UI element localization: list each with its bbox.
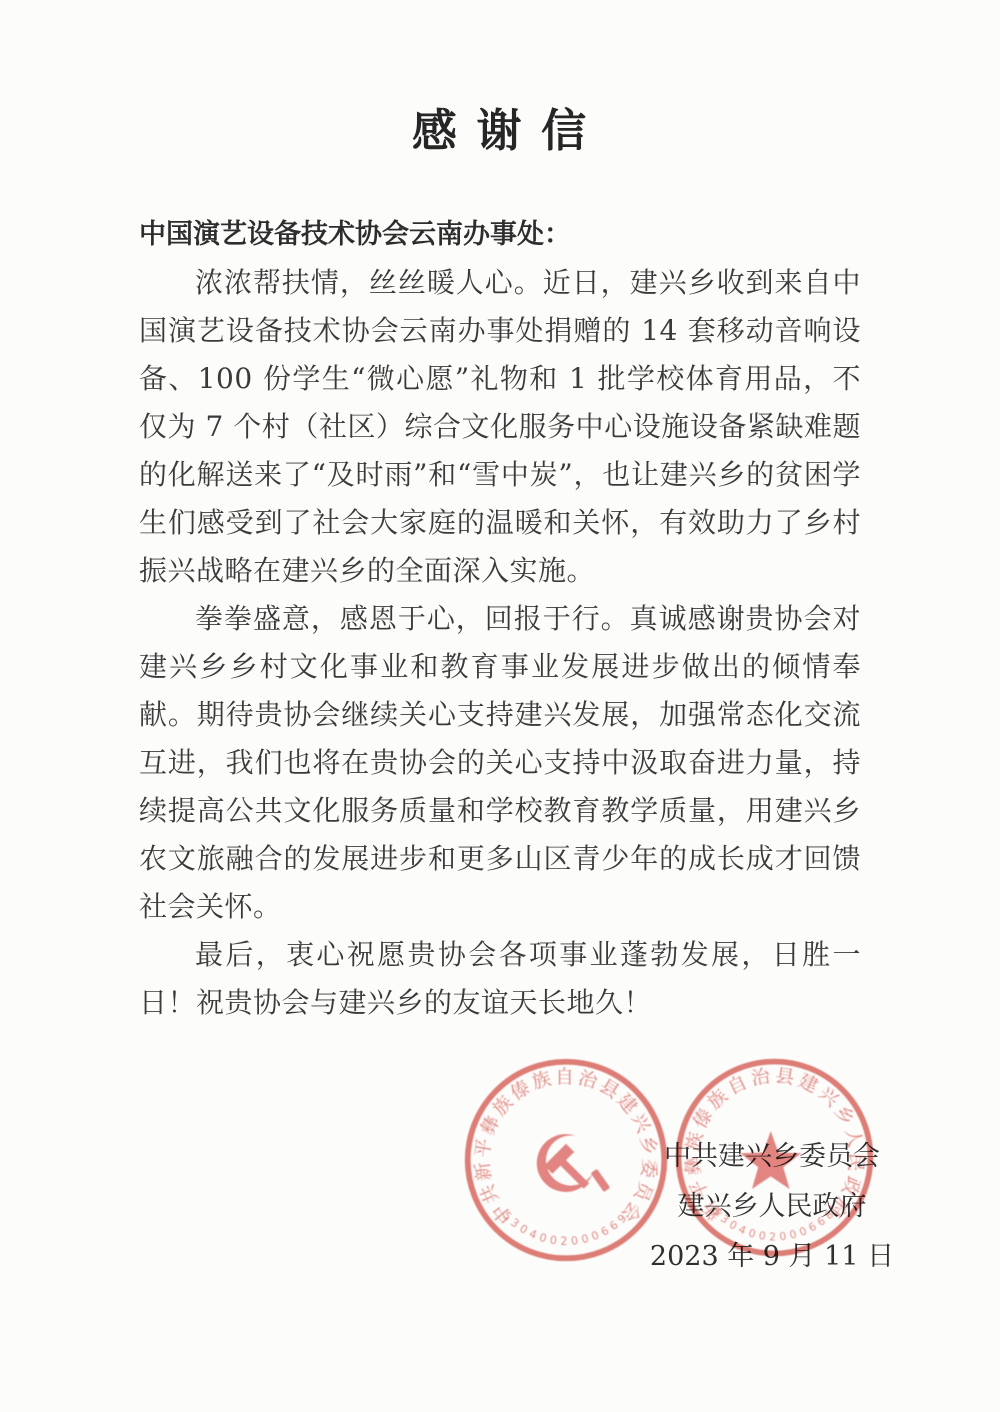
hammer-sickle-icon (537, 1134, 610, 1197)
letter-body: 中国演艺设备技术协会云南办事处： 浓浓帮扶情，丝丝暖人心。近日，建兴乡收到来自中… (139, 211, 861, 1027)
paragraph-1: 浓浓帮扶情，丝丝暖人心。近日，建兴乡收到来自中国演艺设备技术协会云南办事处捐赠的… (139, 259, 861, 595)
paragraph-2: 拳拳盛意，感恩于心，回报于行。真诚感谢贵协会对建兴乡乡村文化事业和教育事业发展进… (139, 595, 861, 931)
page-title: 感 谢 信 (0, 0, 1000, 159)
seal-serial-number: 5304002000669 (500, 1209, 632, 1248)
party-committee-seal: 中共新平彝族傣族自治县建兴乡委员会 5304002000669 (460, 1054, 672, 1266)
letter-page: 感 谢 信 中国演艺设备技术协会云南办事处： 浓浓帮扶情，丝丝暖人心。近日，建兴… (0, 0, 1000, 1412)
salutation: 中国演艺设备技术协会云南办事处： (139, 211, 861, 259)
seal-serial-number: 5304002000668 (710, 1205, 839, 1243)
government-seal: 新平彝族傣族自治县建兴乡人民政府 5304002000668 (671, 1054, 878, 1261)
paragraph-3: 最后，衷心祝愿贵协会各项事业蓬勃发展，日胜一日！祝贵协会与建兴乡的友谊天长地久！ (139, 931, 861, 1027)
star-icon (740, 1131, 801, 1189)
